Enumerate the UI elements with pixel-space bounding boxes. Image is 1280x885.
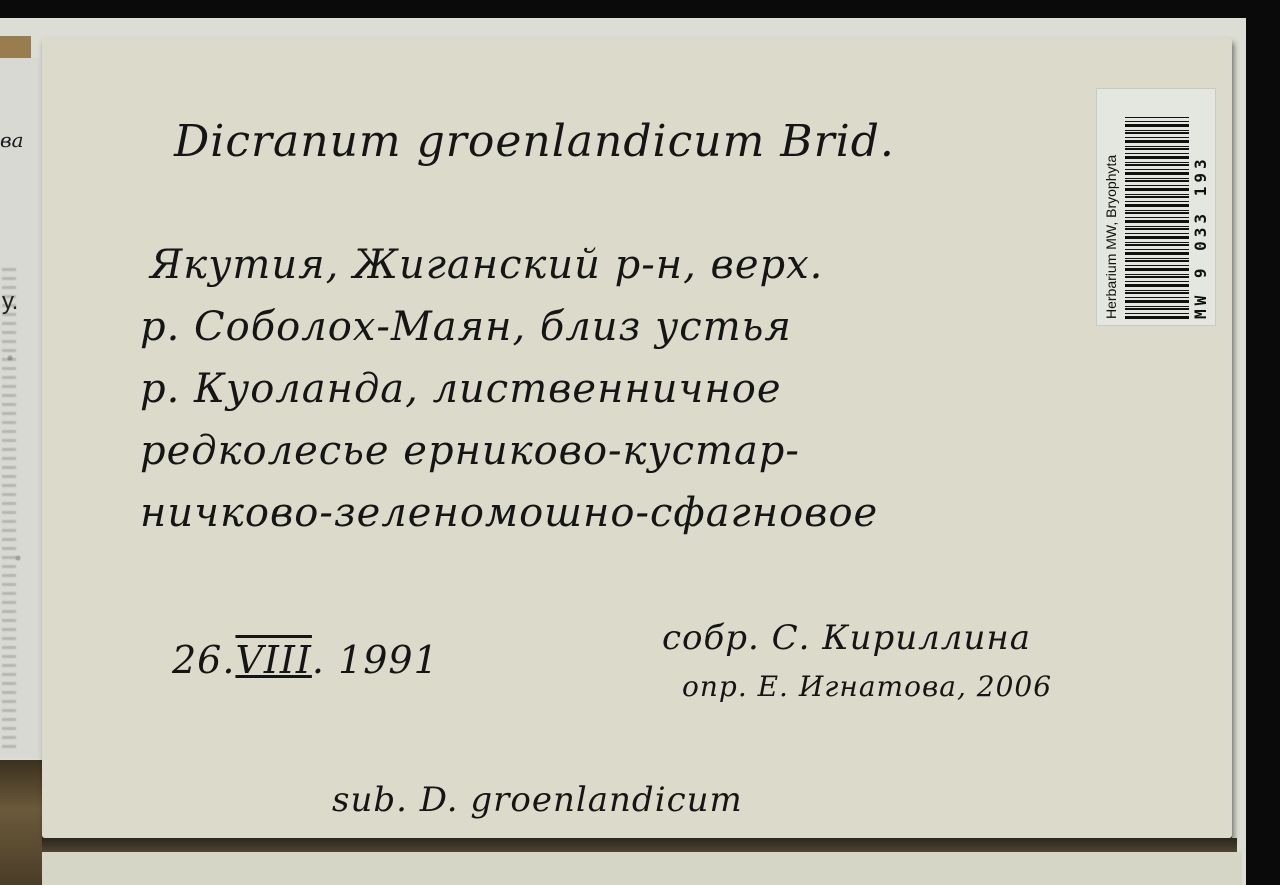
envelope-edge (0, 760, 42, 885)
next-label-edge (42, 852, 1242, 885)
sub-name: sub. D. groenlandicum (332, 780, 743, 820)
barcode-icon (1125, 117, 1189, 319)
tape-strip (0, 36, 31, 60)
date-year: . 1991 (312, 638, 439, 682)
fragment-text-1: ва (0, 128, 24, 152)
specimen-label: Dicranum groenlandicum Brid. Якутия, Жиг… (42, 38, 1232, 838)
date-month: VIII (235, 638, 311, 682)
fragment-text-2: у. (2, 288, 18, 316)
locality-line: р. Соболох-Маян, близ устья (140, 296, 878, 358)
adjacent-label-fragment: ва у. (0, 58, 40, 758)
taxon-name: Dicranum groenlandicum Brid. (174, 116, 895, 167)
barcode-caption: Herbarium MW, Bryophyta (1103, 155, 1119, 319)
label-shadow (42, 838, 1237, 852)
barcode-sticker: Herbarium MW, Bryophyta MW 9 033 193 (1096, 88, 1216, 326)
collector: собр. С. Кириллина (662, 618, 1031, 658)
locality-line: редколесье ерниково-кустар- (140, 420, 878, 482)
date-day: 26. (172, 638, 235, 682)
locality-text: Якутия, Жиганский р-н, верх. р. Соболох-… (140, 234, 878, 544)
specimen-debris (2, 268, 16, 748)
locality-line: Якутия, Жиганский р-н, верх. (140, 234, 878, 296)
locality-line: р. Куоланда, лиственничное (140, 358, 878, 420)
locality-line: ничково-зеленомошно-сфагновое (140, 482, 878, 544)
collection-date: 26.VIII. 1991 (172, 638, 439, 682)
barcode-number: MW 9 033 193 (1191, 155, 1210, 319)
determiner: опр. Е. Игнатова, 2006 (682, 670, 1052, 703)
